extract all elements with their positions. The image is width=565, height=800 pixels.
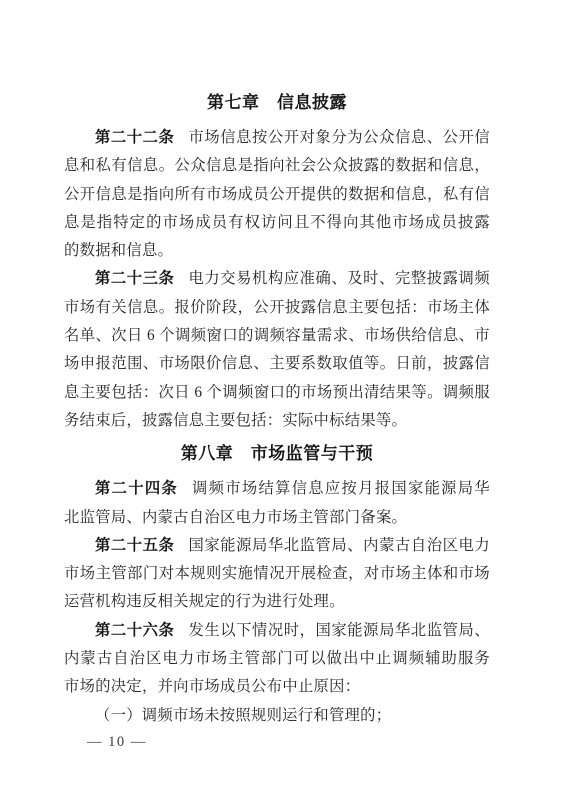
article-22: 第二十二条市场信息按公开对象分为公众信息、公开信 息和私有信息。公众信息是指向社… [64, 124, 490, 265]
article-25-line-1: 第二十五条国家能源局华北监管局、内蒙古自治区电力 [64, 532, 490, 560]
article-25-number: 第二十五条 [95, 537, 174, 554]
article-24-number: 第二十四条 [95, 480, 178, 497]
article-24-line-1: 第二十四条调频市场结算信息应按月报国家能源局华 [64, 475, 490, 503]
article-23-number: 第二十三条 [95, 270, 174, 287]
article-22-line-1: 第二十二条市场信息按公开对象分为公众信息、公开信 [64, 124, 490, 152]
article-22-line-5: 的数据和信息。 [64, 237, 490, 265]
article-26-line-2: 内蒙古自治区电力市场主管部门可以做出中止调频辅助服务 [64, 645, 490, 673]
article-23-line-4: 场申报范围、市场限价信息、主要系数取值等。日前，披露信 [64, 350, 490, 378]
article-23-line-6: 务结束后，披露信息主要包括：实际中标结果等。 [64, 407, 490, 435]
article-26-line-3: 市场的决定，并向市场成员公布中止原因： [64, 673, 490, 701]
article-25-line-1-text: 国家能源局华北监管局、内蒙古自治区电力 [188, 537, 490, 554]
article-23-line-1: 第二十三条电力交易机构应准确、及时、完整披露调频 [64, 265, 490, 293]
article-26-number: 第二十六条 [95, 622, 174, 639]
document-page: 第七章 信息披露 第二十二条市场信息按公开对象分为公众信息、公开信 息和私有信息… [0, 0, 565, 800]
article-23-line-1-text: 电力交易机构应准确、及时、完整披露调频 [188, 270, 490, 287]
article-22-line-3: 公开信息是指向所有市场成员公开提供的数据和信息，私有信 [64, 181, 490, 209]
article-22-line-4: 息是指特定的市场成员有权访问且不得向其他市场成员披露 [64, 209, 490, 237]
article-24-line-1-text: 调频市场结算信息应按月报国家能源局华 [192, 480, 490, 497]
page-number: — 10 — [64, 733, 490, 751]
article-22-line-1-text: 市场信息按公开对象分为公众信息、公开信 [188, 129, 490, 146]
chapter-8-heading: 第八章 市场监管与干预 [64, 440, 490, 468]
article-23-line-3: 名单、次日 6 个调频窗口的调频容量需求、市场供给信息、市 [64, 322, 490, 350]
chapter-7-heading: 第七章 信息披露 [64, 89, 490, 117]
article-22-line-2: 息和私有信息。公众信息是指向社会公众披露的数据和信息， [64, 152, 490, 180]
article-26-line-1-text: 发生以下情况时，国家能源局华北监管局、 [188, 622, 490, 639]
article-26-item-1: （一）调频市场未按照规则运行和管理的； [64, 702, 490, 730]
article-22-number: 第二十二条 [95, 129, 174, 146]
article-25-line-2: 市场主管部门对本规则实施情况开展检查，对市场主体和市场 [64, 560, 490, 588]
article-26-items: （一）调频市场未按照规则运行和管理的； [64, 702, 490, 730]
article-23-line-2: 市场有关信息。报价阶段，公开披露信息主要包括：市场主体 [64, 294, 490, 322]
article-23: 第二十三条电力交易机构应准确、及时、完整披露调频 市场有关信息。报价阶段，公开披… [64, 265, 490, 435]
article-25: 第二十五条国家能源局华北监管局、内蒙古自治区电力 市场主管部门对本规则实施情况开… [64, 532, 490, 617]
article-26-line-1: 第二十六条发生以下情况时，国家能源局华北监管局、 [64, 617, 490, 645]
article-24: 第二十四条调频市场结算信息应按月报国家能源局华 北监管局、内蒙古自治区电力市场主… [64, 475, 490, 532]
article-24-line-2: 北监管局、内蒙古自治区电力市场主管部门备案。 [64, 504, 490, 532]
article-26: 第二十六条发生以下情况时，国家能源局华北监管局、 内蒙古自治区电力市场主管部门可… [64, 617, 490, 702]
article-25-line-3: 运营机构违反相关规定的行为进行处理。 [64, 588, 490, 616]
article-23-line-5: 息主要包括：次日 6 个调频窗口的市场预出清结果等。调频服 [64, 379, 490, 407]
